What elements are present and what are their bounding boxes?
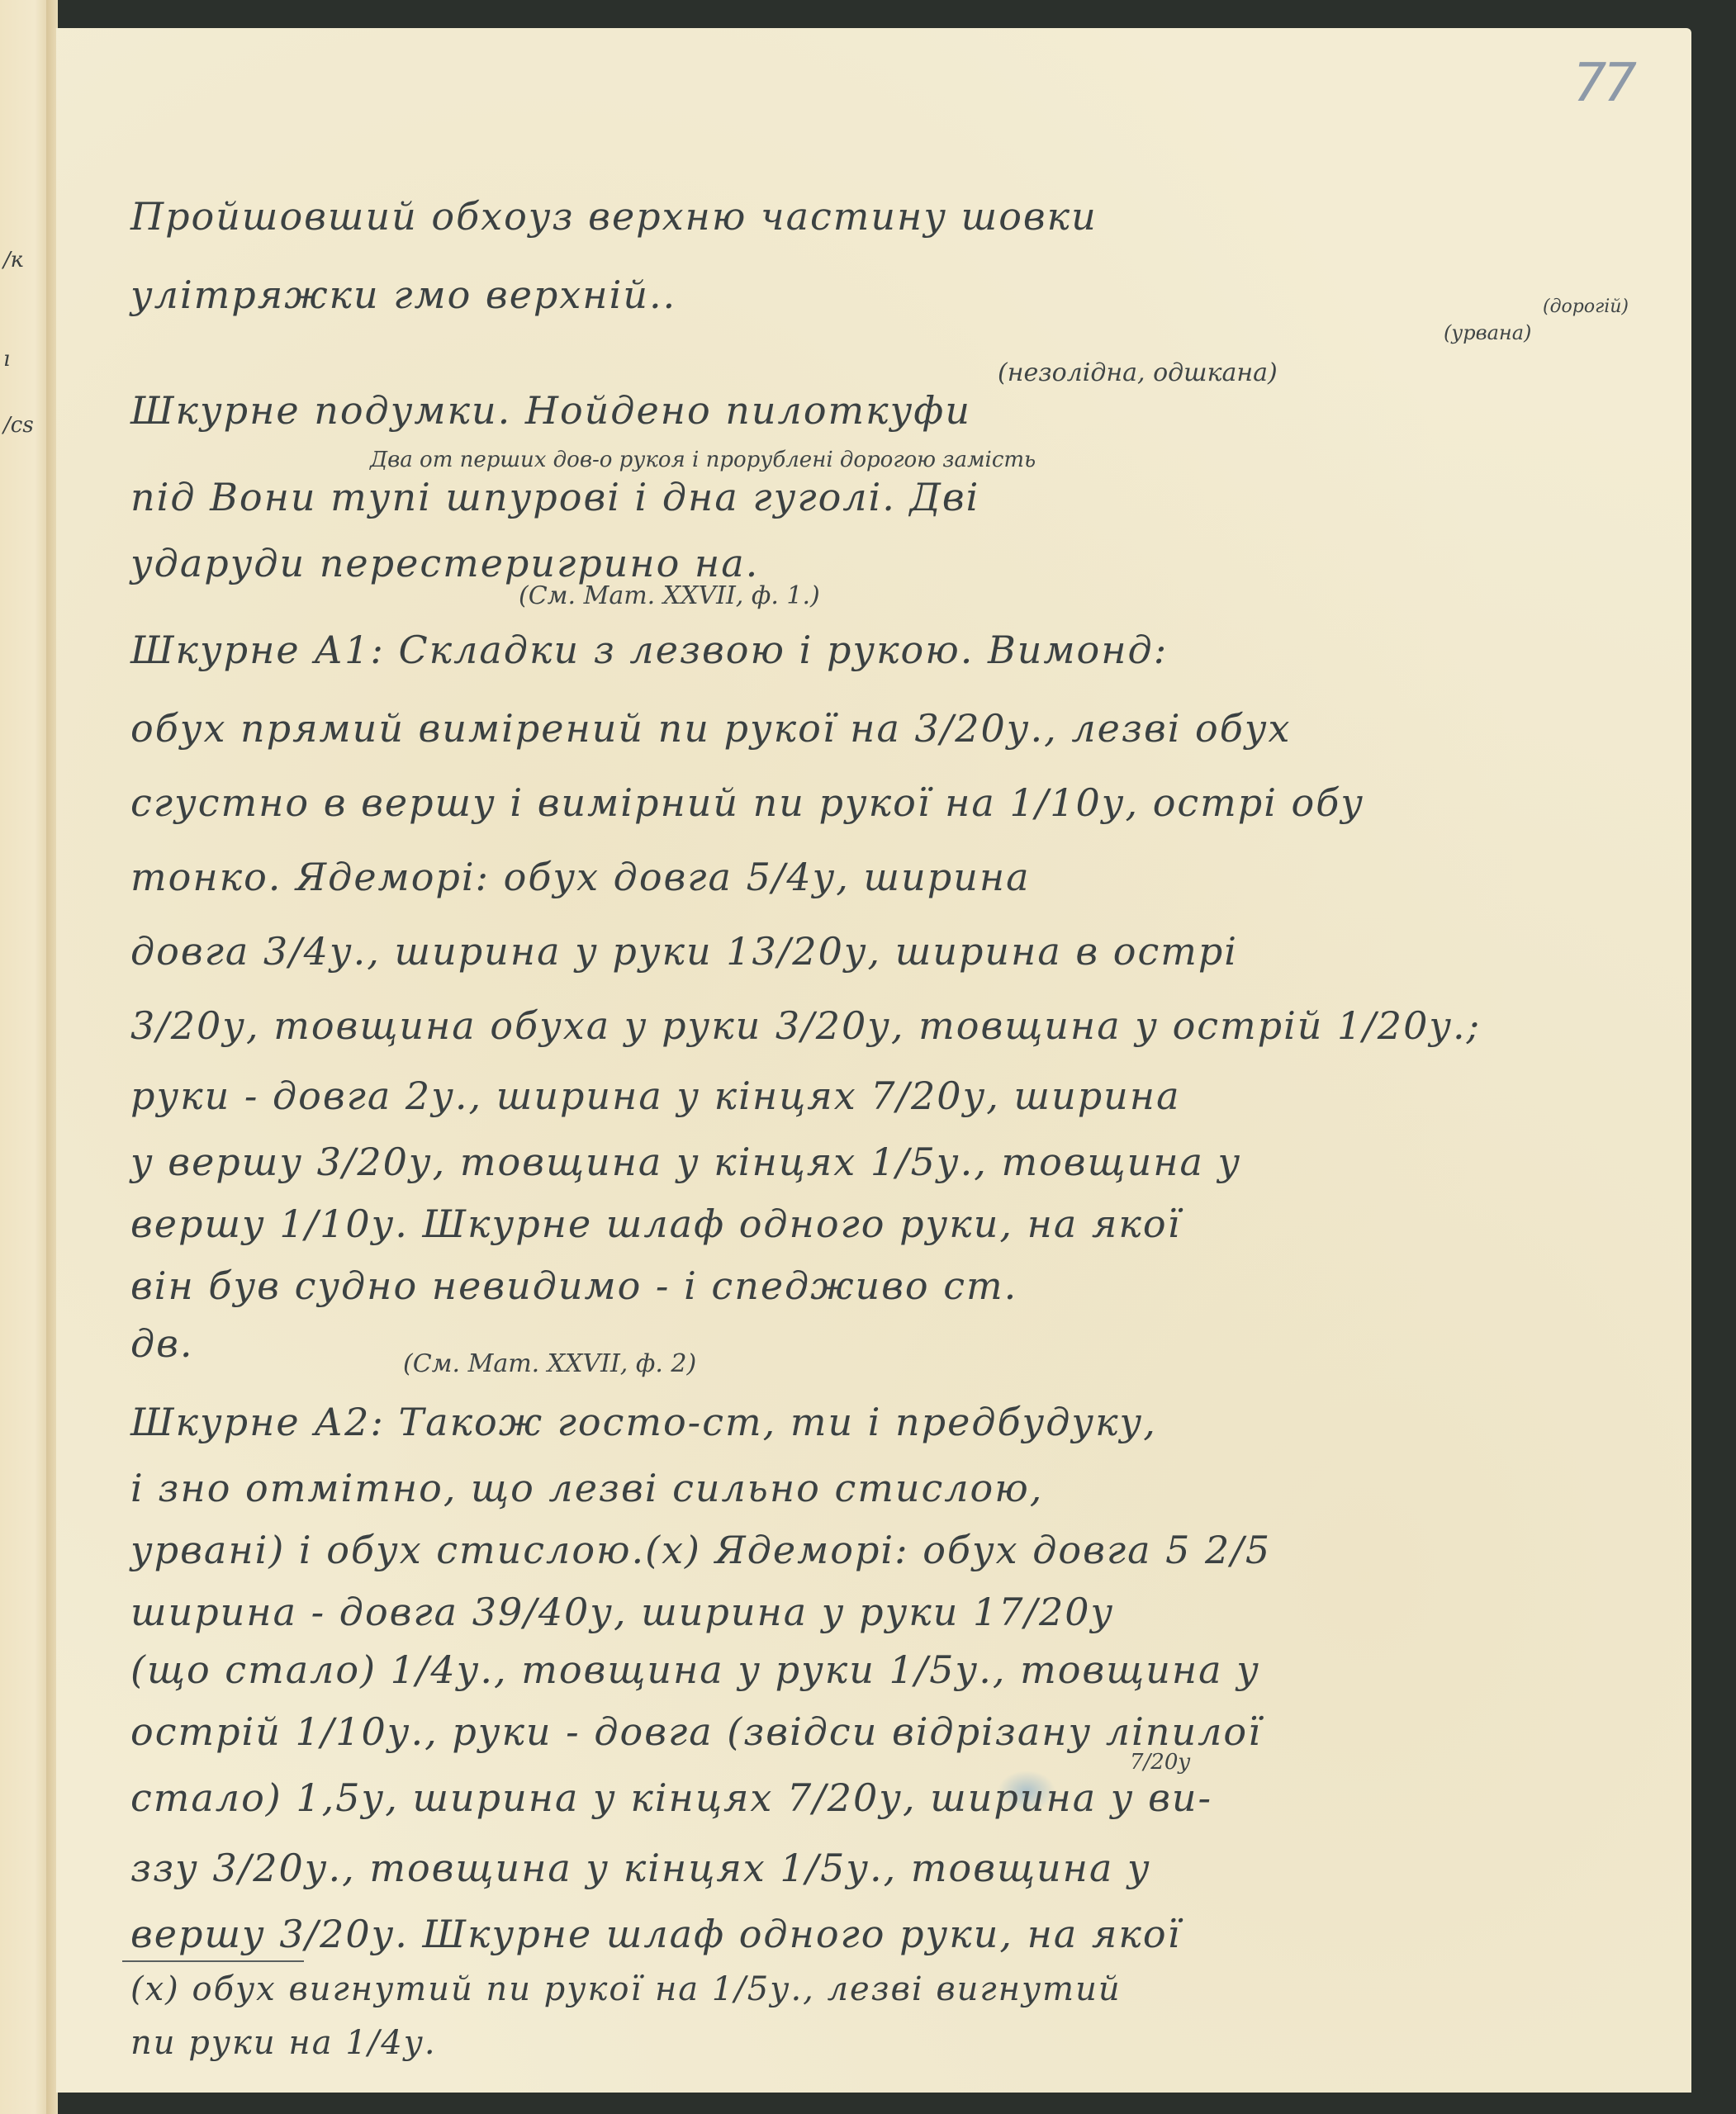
text-line-19: урвані) і обух стислою.(x) Ядеморі: обух… <box>130 1531 1642 1569</box>
text-line-11: 3/20у, товщина обуха у руки 3/20у, товщи… <box>130 1007 1642 1045</box>
text-line-18: і зно отмітно, що лезві сильно стислою, <box>130 1469 1642 1507</box>
text-line-7: обух прямий вимірений пи рукої на 3/20у.… <box>130 709 1642 747</box>
text-line-16: дв. <box>130 1325 1642 1363</box>
text-line-17: Шкурне А2: Також госто-ст, ти і предбуду… <box>130 1403 1642 1441</box>
margin-fragment: /cs <box>3 413 34 438</box>
text-line-6: Шкурне А1: Складки з лезвою і рукою. Вим… <box>130 631 1642 669</box>
text-line-13: у вершу 3/20у, товщина у кінцях 1/5у., т… <box>130 1143 1642 1181</box>
text-line-23: стало) 1,5у, ширина у кінцях 7/20у, шири… <box>130 1779 1642 1817</box>
text-line-14: вершу 1/10у. Шкурне шлаф одного руки, на… <box>130 1205 1642 1243</box>
interlinear-insertion: (урвана) <box>1444 321 1531 344</box>
footnote-divider <box>122 1960 304 1962</box>
text-line-22: острій 1/10у., руки - довга (звідси відр… <box>130 1713 1642 1751</box>
left-page-edge: /ĸ ı /cs <box>0 0 50 2114</box>
footnote-line-1: (x) обух вигнутий пи рукої на 1/5у., лез… <box>130 1973 1642 2006</box>
text-line-5: ударуди перестеригрино на. <box>130 544 1642 582</box>
footnote-line-2: пи руки на 1/4у. <box>130 2026 1642 2059</box>
text-line-20: ширина - довга 39/40у, ширина у руки 17/… <box>130 1593 1642 1631</box>
text-line-1: Пройшовший обхоуз верхню частину шовки <box>130 197 1642 235</box>
manuscript-page: 77 Пройшовший обхоуз верхню частину шовк… <box>56 28 1691 2093</box>
page-number: 77 <box>1573 53 1634 114</box>
text-line-15: він був судно невидимо - і спедживо ст. <box>130 1267 1642 1305</box>
reference-note: (См. Мат. XXVII, ф. 2) <box>403 1349 696 1378</box>
text-line-12: руки - довга 2у., ширина у кінцях 7/20у,… <box>130 1077 1642 1115</box>
interlinear-insertion: (дорогій) <box>1543 296 1629 317</box>
interlinear-insertion: Два от перших дов-о рукоя і прорублені д… <box>370 448 1036 472</box>
reference-note: (См. Мат. XXVII, ф. 1.) <box>519 581 820 610</box>
margin-fragment: ı <box>3 347 10 372</box>
text-line-2: улітряжки гмо верхній.. <box>130 276 1642 314</box>
text-line-8: сгустно в вершу і вимірний пи рукої на 1… <box>130 784 1642 822</box>
text-line-9: тонко. Ядеморі: обух довга 5/4у, ширина <box>130 858 1642 896</box>
interlinear-insertion: (незолідна, одшкана) <box>998 358 1278 387</box>
text-line-4: під Вони тупі шпурові і дна гуголі. Дві <box>130 478 1642 516</box>
text-line-3: Шкурне подумки. Нойдено пилоткуфи <box>130 391 1642 429</box>
margin-fragment: /ĸ <box>3 248 24 273</box>
text-line-25: вершу 3/20у. Шкурне шлаф одного руки, на… <box>130 1915 1642 1953</box>
text-line-24: ззу 3/20у., товщина у кінцях 1/5у., товщ… <box>130 1849 1642 1887</box>
interlinear-insertion: 7/20у <box>1130 1750 1190 1775</box>
text-line-21: (що стало) 1/4у., товщина у руки 1/5у., … <box>130 1651 1642 1689</box>
text-line-10: довга 3/4у., ширина у руки 13/20у, ширин… <box>130 932 1642 970</box>
